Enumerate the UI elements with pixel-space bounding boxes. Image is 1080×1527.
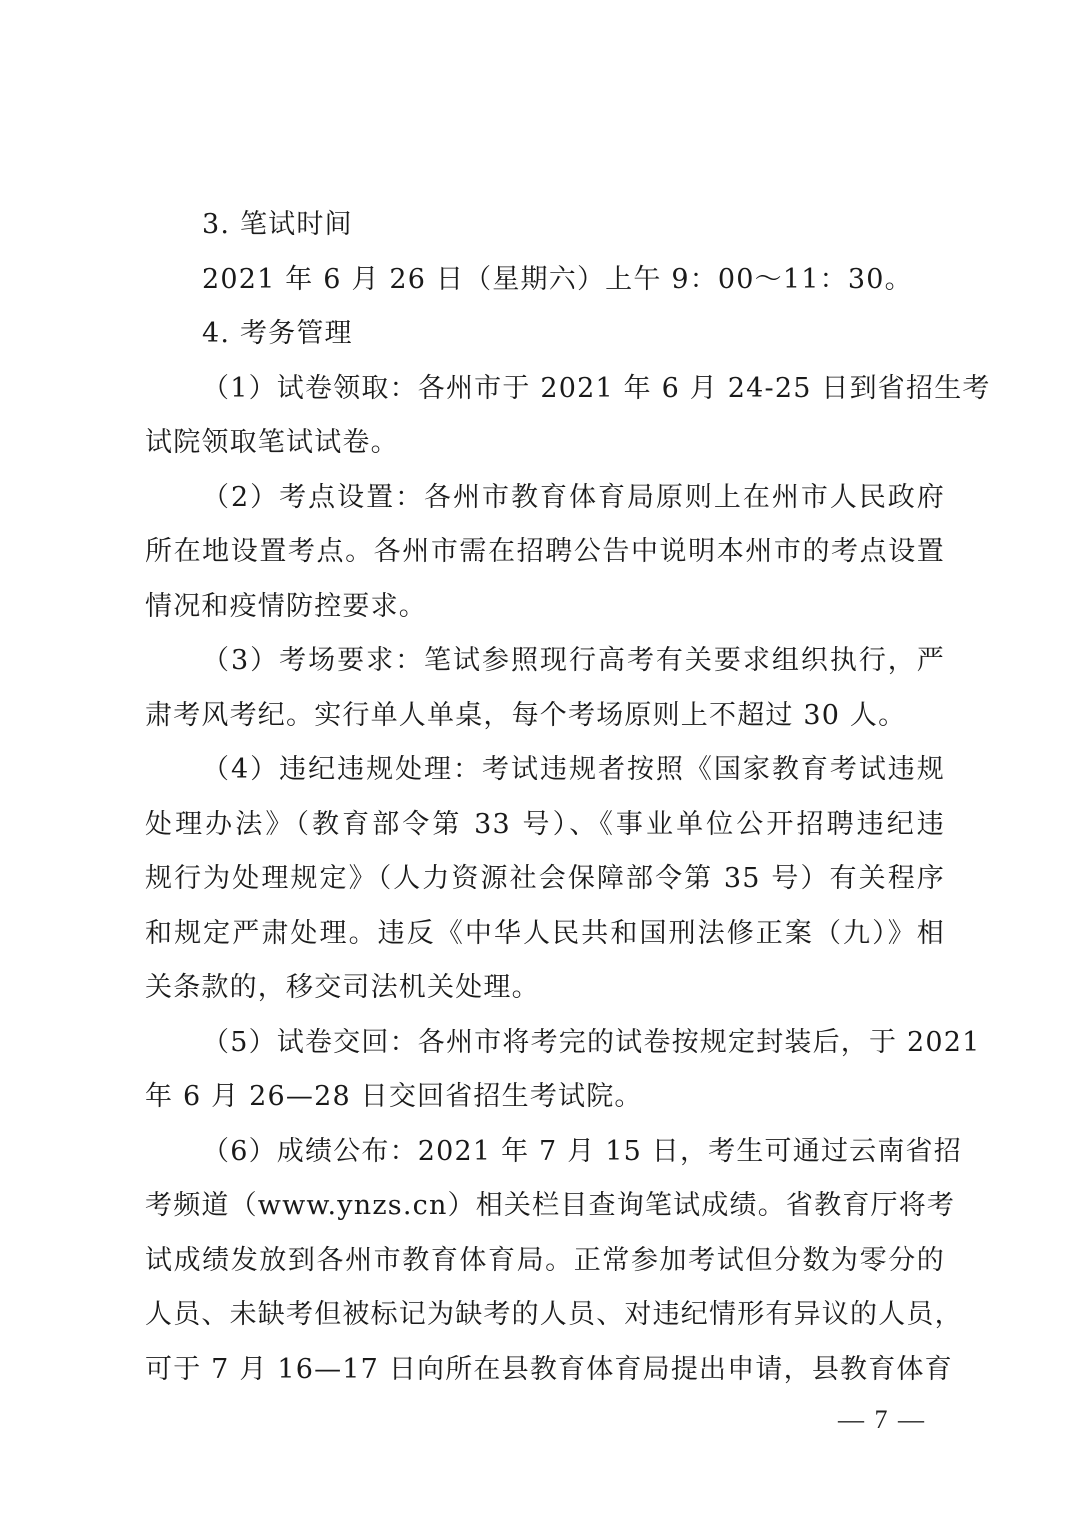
- paragraph-violation-line-2: 处理办法》（教育部令第 33 号）、《事业单位公开招聘违纪违: [145, 803, 945, 858]
- paragraph-paper-return-line-2: 年 6 月 26—28 日交回省招生考试院。: [145, 1075, 945, 1130]
- paragraph-violation-line-4: 和规定严肃处理。违反《中华人民共和国刑法修正案（九）》相: [145, 912, 945, 967]
- paragraph-violation-line-3: 规行为处理规定》（人力资源社会保障部令第 35 号）有关程序: [145, 857, 945, 912]
- paragraph-exam-room-line-1: （3）考场要求：笔试参照现行高考有关要求组织执行，严: [145, 639, 945, 694]
- paragraph-score-release-line-4: 人员、未缺考但被标记为缺考的人员、对违纪情形有异议的人员，: [145, 1293, 945, 1348]
- paragraph-paper-collection-line-1: （1）试卷领取：各州市于 2021 年 6 月 24-25 日到省招生考: [145, 367, 945, 422]
- document-body: 3. 笔试时间 2021 年 6 月 26 日（星期六）上午 9：00～11：3…: [145, 203, 945, 1402]
- section-heading-exam-time: 3. 笔试时间: [145, 203, 945, 258]
- paragraph-score-release-line-5: 可于 7 月 16—17 日向所在县教育体育局提出申请，县教育体育: [145, 1348, 945, 1403]
- paragraph-score-release-line-2: 考频道（www.ynzs.cn）相关栏目查询笔试成绩。省教育厅将考: [145, 1184, 945, 1239]
- paragraph-score-release-line-3: 试成绩发放到各州市教育体育局。正常参加考试但分数为零分的: [145, 1239, 945, 1294]
- exam-time-text: 2021 年 6 月 26 日（星期六）上午 9：00～11：30。: [145, 258, 945, 313]
- paragraph-paper-return-line-1: （5）试卷交回：各州市将考完的试卷按规定封装后，于 2021: [145, 1021, 945, 1076]
- paragraph-exam-site-line-2: 所在地设置考点。各州市需在招聘公告中说明本州市的考点设置: [145, 530, 945, 585]
- paragraph-violation-line-1: （4）违纪违规处理：考试违规者按照《国家教育考试违规: [145, 748, 945, 803]
- paragraph-paper-collection-line-2: 试院领取笔试试卷。: [145, 421, 945, 476]
- paragraph-exam-room-line-2: 肃考风考纪。实行单人单桌，每个考场原则上不超过 30 人。: [145, 694, 945, 749]
- paragraph-exam-site-line-3: 情况和疫情防控要求。: [145, 585, 945, 640]
- paragraph-score-release-line-1: （6）成绩公布：2021 年 7 月 15 日，考生可通过云南省招: [145, 1130, 945, 1185]
- paragraph-violation-line-5: 关条款的，移交司法机关处理。: [145, 966, 945, 1021]
- document-page: 3. 笔试时间 2021 年 6 月 26 日（星期六）上午 9：00～11：3…: [0, 0, 1080, 1527]
- section-heading-exam-management: 4. 考务管理: [145, 312, 945, 367]
- page-number: — 7 —: [838, 1403, 926, 1437]
- paragraph-exam-site-line-1: （2）考点设置：各州市教育体育局原则上在州市人民政府: [145, 476, 945, 531]
